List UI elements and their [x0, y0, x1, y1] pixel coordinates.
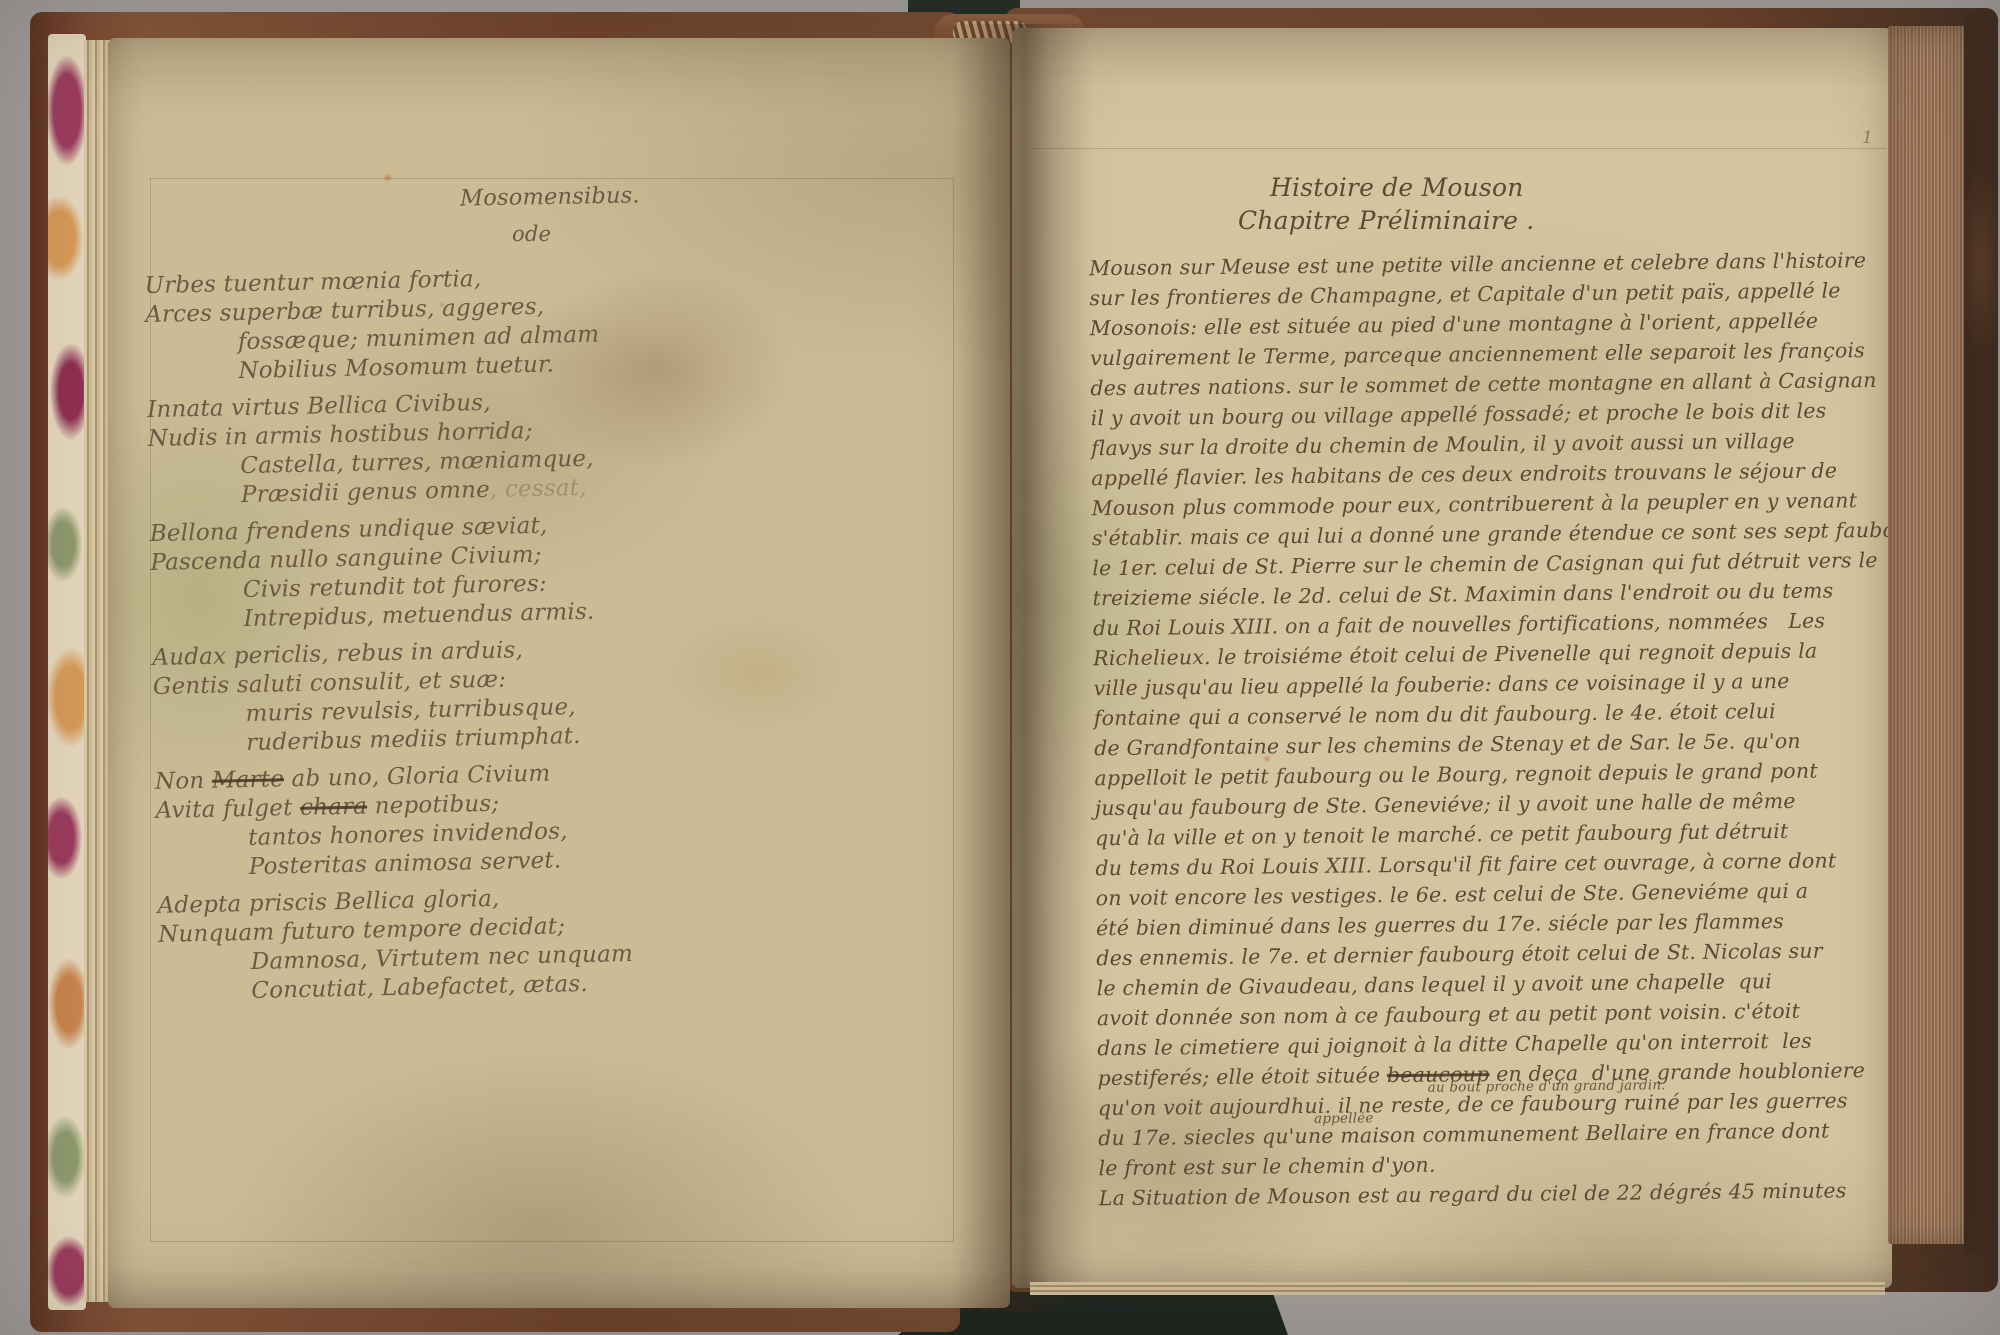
faded-word: , cessat,	[490, 475, 587, 503]
poem-title: Mosomensibus.	[460, 182, 640, 211]
poem-subtitle: ode	[512, 222, 551, 246]
page-number: 1	[1862, 128, 1873, 148]
interlinear-note: au bout proche d'un grand jardin.	[1428, 1077, 1666, 1095]
ruled-top-line	[1030, 148, 1886, 149]
marbled-endpaper	[48, 34, 86, 1310]
struck-word: Marte	[212, 766, 285, 794]
interlinear-note: appellée	[1314, 1110, 1374, 1127]
poem-text: Urbes tuentur mœnia fortia,Arces superbæ…	[144, 263, 634, 1009]
right-page: 1 Histoire de Mouson Chapitre Préliminai…	[1012, 28, 1892, 1288]
struck-word: chara	[300, 794, 368, 821]
leather-board-right-edge	[1964, 14, 1998, 1254]
fore-edge-pages	[1888, 26, 1970, 1244]
heading-title: Histoire de Mouson	[1270, 173, 1524, 202]
chapter-text: Mouson sur Meuse est une petite ville an…	[1089, 248, 1905, 1216]
heading-chapter: Chapitre Préliminaire .	[1238, 206, 1534, 235]
manuscript-book-photo: Mosomensibus. ode Urbes tuentur mœnia fo…	[0, 0, 2000, 1335]
page-edge-stack-bottom	[1030, 1282, 1885, 1295]
left-page: Mosomensibus. ode Urbes tuentur mœnia fo…	[108, 38, 1010, 1308]
